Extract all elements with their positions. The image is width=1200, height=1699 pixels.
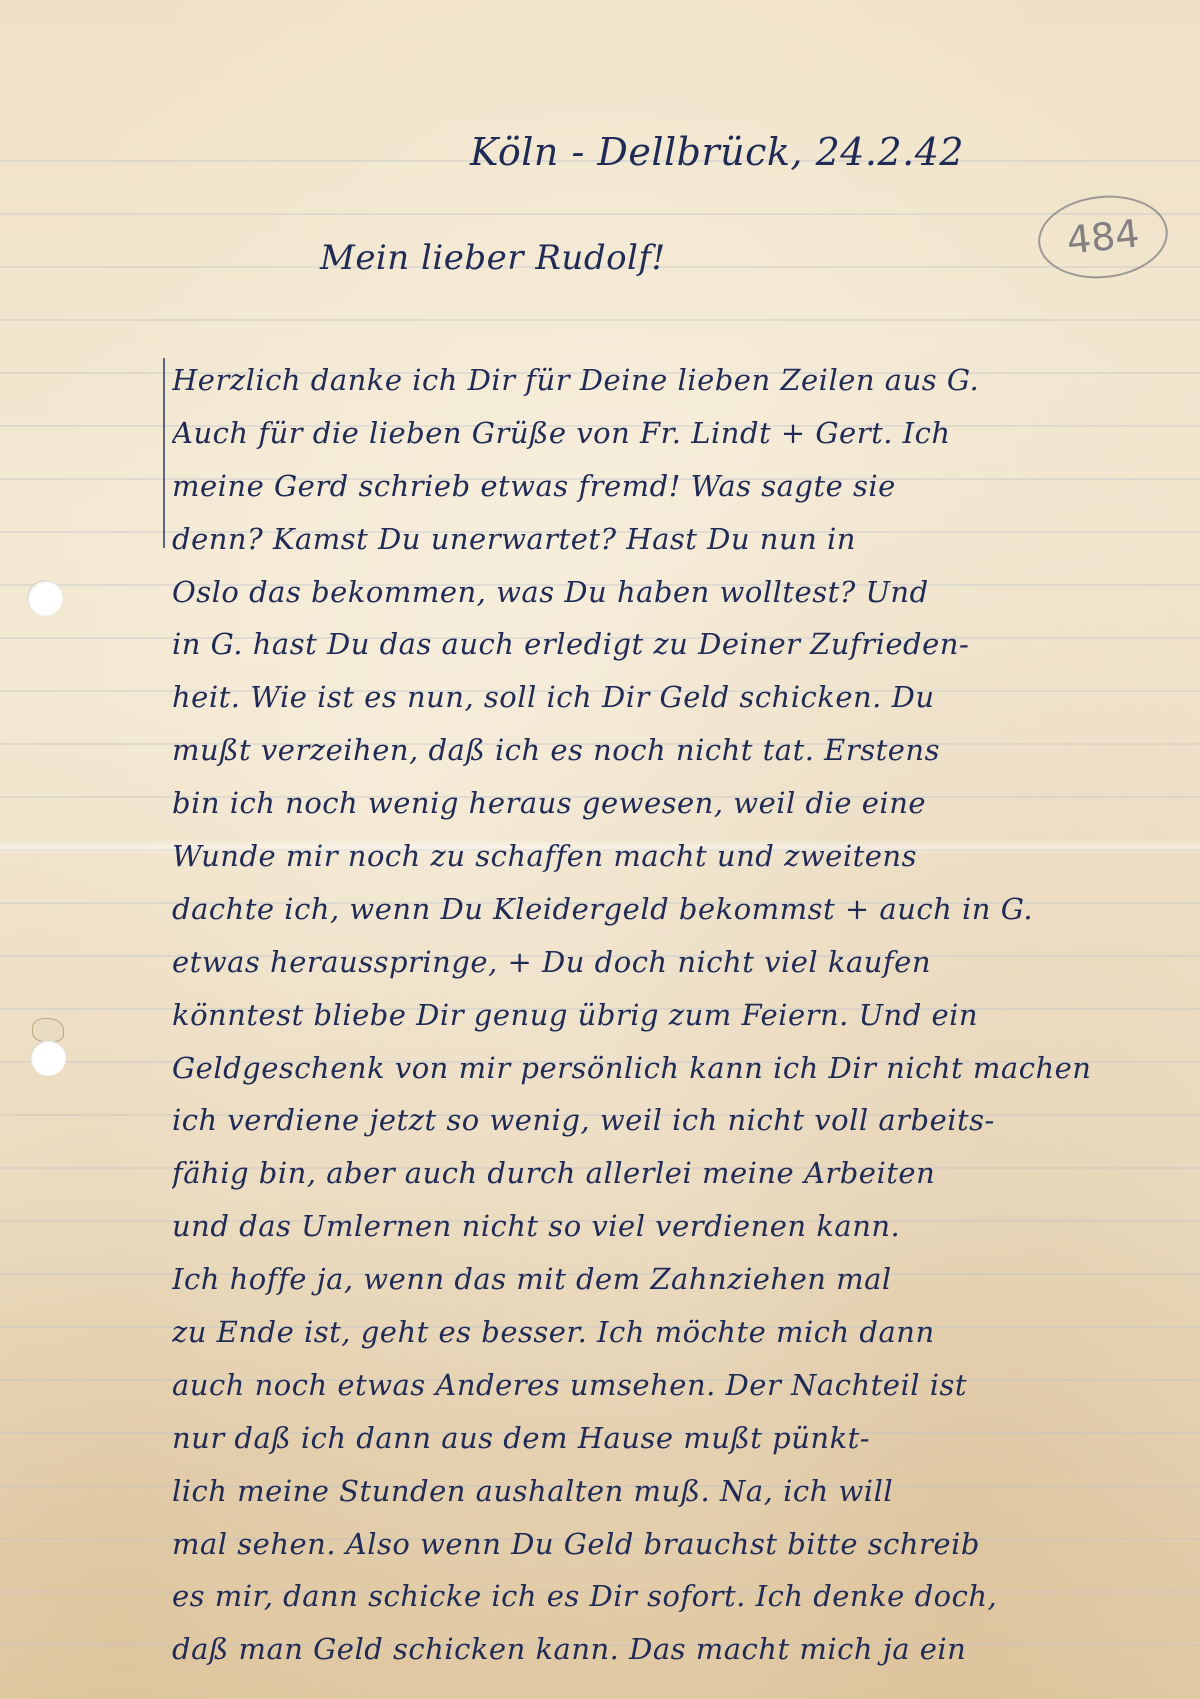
body-line: es mir, dann schicke ich es Dir sofort. …	[172, 1570, 1172, 1623]
body-line: heit. Wie ist es nun, soll ich Dir Geld …	[172, 671, 1172, 724]
body-line: Ich hoffe ja, wenn das mit dem Zahnziehe…	[172, 1253, 1172, 1306]
body-line: denn? Kamst Du unerwartet? Hast Du nun i…	[172, 513, 1172, 566]
body-line: dachte ich, wenn Du Kleidergeld bekommst…	[172, 883, 1172, 936]
body-line: fähig bin, aber auch durch allerlei mein…	[172, 1147, 1172, 1200]
dateline: Köln - Dellbrück, 24.2.42	[470, 130, 964, 174]
body-line: zu Ende ist, geht es besser. Ich möchte …	[172, 1306, 1172, 1359]
body-line: könntest bliebe Dir genug übrig zum Feie…	[172, 989, 1172, 1042]
letter-body: Herzlich danke ich Dir für Deine lieben …	[172, 354, 1172, 1676]
letter-page: Köln - Dellbrück, 24.2.42 484 Mein liebe…	[0, 0, 1200, 1699]
ruled-line	[0, 319, 1200, 321]
body-line: etwas herausspringe, + Du doch nicht vie…	[172, 936, 1172, 989]
body-line: in G. hast Du das auch erledigt zu Deine…	[172, 618, 1172, 671]
body-line: lich meine Stunden aushalten muß. Na, ic…	[172, 1465, 1172, 1518]
body-line: Oslo das bekommen, was Du haben wolltest…	[172, 566, 1172, 619]
archive-number-stamp: 484	[1034, 189, 1172, 284]
paragraph-margin-mark	[163, 358, 165, 548]
body-line: ich verdiene jetzt so wenig, weil ich ni…	[172, 1094, 1172, 1147]
body-line: bin ich noch wenig heraus gewesen, weil …	[172, 777, 1172, 830]
body-line: meine Gerd schrieb etwas fremd! Was sagt…	[172, 460, 1172, 513]
body-line: Herzlich danke ich Dir für Deine lieben …	[172, 354, 1172, 407]
body-line: mal sehen. Also wenn Du Geld brauchst bi…	[172, 1518, 1172, 1571]
punch-hole-bottom	[30, 1040, 66, 1076]
ruled-line	[0, 213, 1200, 215]
salutation: Mein lieber Rudolf!	[320, 238, 666, 278]
body-line: Auch für die lieben Grüße von Fr. Lindt …	[172, 407, 1172, 460]
punch-hole-top	[27, 580, 63, 616]
body-line: mußt verzeihen, daß ich es noch nicht ta…	[172, 724, 1172, 777]
body-line: Geldgeschenk von mir persönlich kann ich…	[172, 1042, 1172, 1095]
body-line: nur daß ich dann aus dem Hause mußt pünk…	[172, 1412, 1172, 1465]
body-line: daß man Geld schicken kann. Das macht mi…	[172, 1623, 1172, 1676]
body-line: Wunde mir noch zu schaffen macht und zwe…	[172, 830, 1172, 883]
body-line: und das Umlernen nicht so viel verdienen…	[172, 1200, 1172, 1253]
punch-hole-tear	[32, 1018, 64, 1042]
body-line: auch noch etwas Anderes umsehen. Der Nac…	[172, 1359, 1172, 1412]
